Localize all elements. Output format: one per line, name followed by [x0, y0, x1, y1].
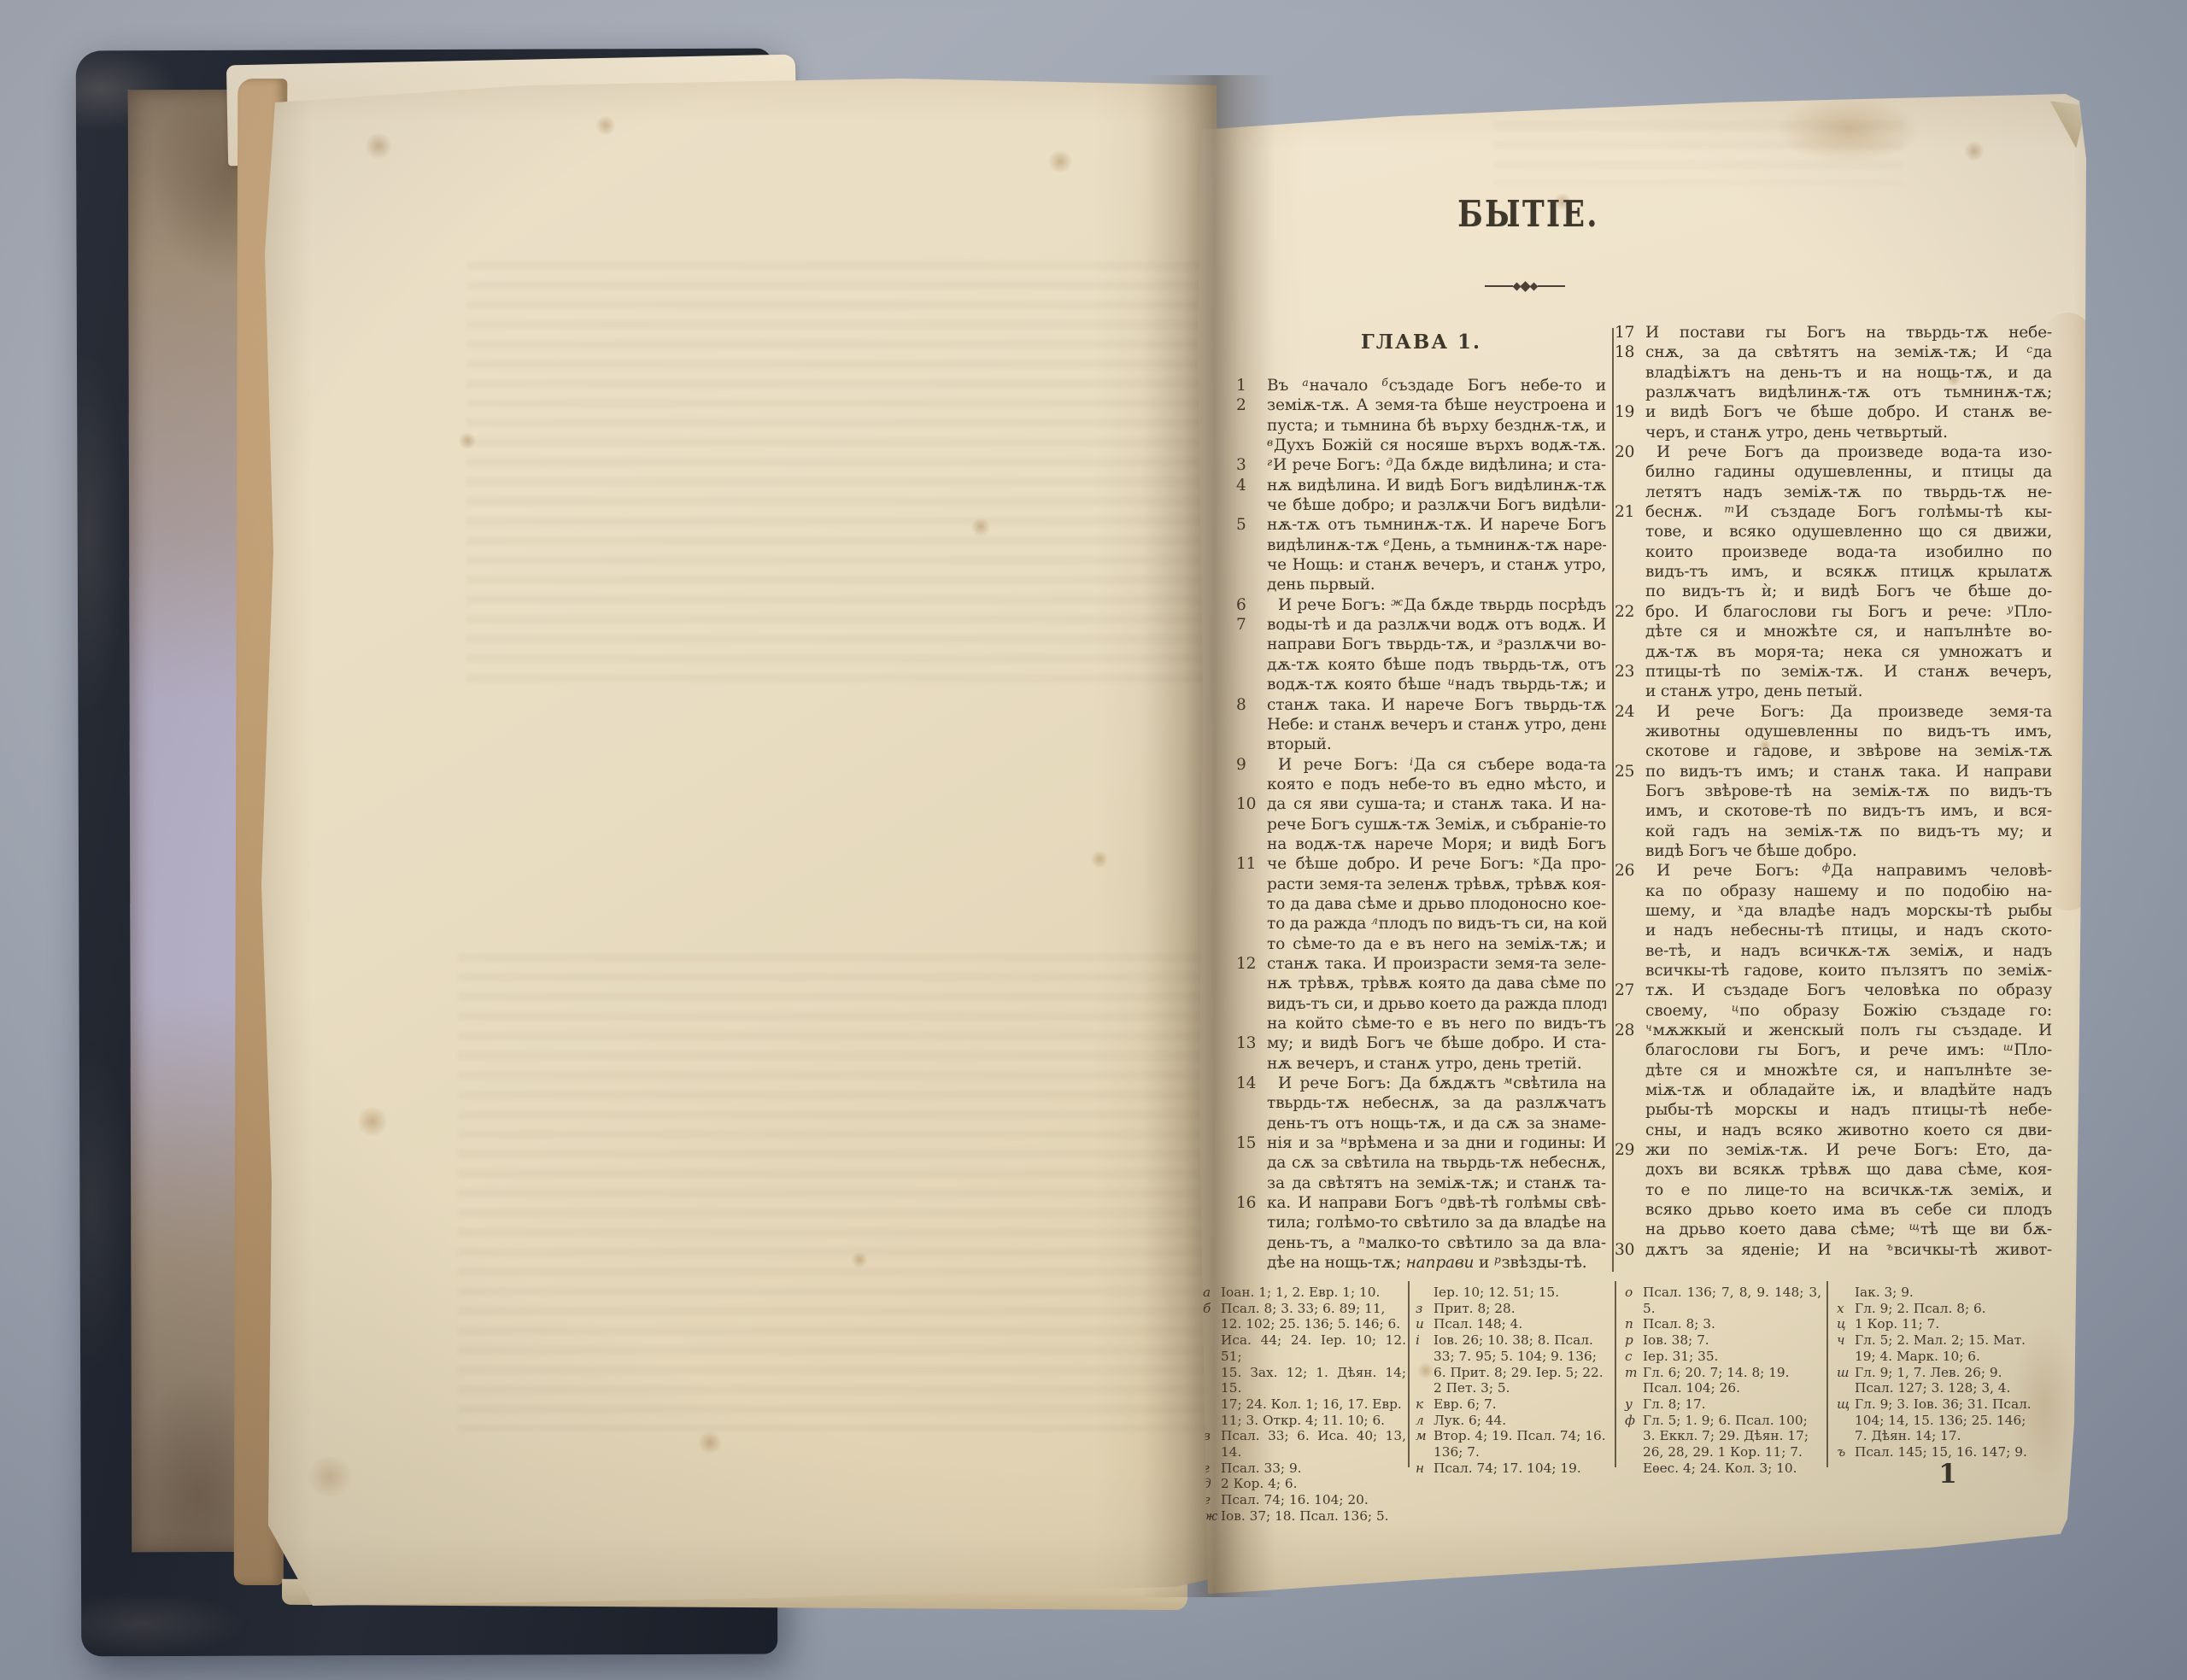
- verse-text: дѫтъ за яденіе; И на ъвсичкы-тѣ живот-: [1645, 1240, 2052, 1260]
- footnote-marker: л: [1416, 1413, 1434, 1429]
- footnote-text: Іов. 38; 7.: [1643, 1332, 1821, 1349]
- text-line: 16ка. И направи Богъ одвѣ-тѣ голѣмы свѣ-: [1236, 1193, 1606, 1213]
- text-line: 4нѫ видѣлина. И видѣ Богъ видѣлинѫ-тѫ: [1236, 476, 1606, 495]
- verse-text: които произведе вода-та изобилно по: [1645, 542, 2052, 562]
- footnote-text: Псал. 104; 26.: [1643, 1380, 1821, 1396]
- footnote-marker: ш: [1837, 1365, 1855, 1381]
- footnote-line: сІер. 31; 35.: [1625, 1349, 1821, 1365]
- verse-number: 29: [1615, 1140, 1645, 1160]
- verse-text: ве-тѣ, и надъ всичкѫ-тѫ земіѫ, и надъ: [1645, 941, 2052, 961]
- verse-text: станѫ така. И нарече Богъ твьрдь-тѫ: [1267, 695, 1606, 715]
- text-line: нѫ вечеръ, и станѫ утро, день третій.: [1236, 1054, 1606, 1074]
- text-line: 1Въ аначало бсъздаде Богъ небе-то и: [1236, 376, 1606, 395]
- footnote-text: Прит. 8; 28.: [1434, 1301, 1610, 1317]
- text-line: своему, цпо образу Божію създаде го:: [1615, 1001, 2052, 1021]
- footnote-line: 12. 102; 25. 136; 5. 146; 6.: [1203, 1316, 1406, 1332]
- verse-text: станѫ така. И произрасти земя-та зеле-: [1267, 954, 1606, 974]
- text-line: вДухъ Божій ся носяше върхъ водѫ-тѫ.: [1236, 436, 1606, 455]
- verse-number: 19: [1615, 402, 1645, 422]
- text-line: и станѫ утро, день петый.: [1615, 682, 2052, 701]
- verse-text: снѫ, за да свѣтятъ на земіѫ-тѫ; И сда: [1645, 342, 2052, 362]
- verse-text: нія и за нврѣмена и за дни и годины: И: [1267, 1133, 1606, 1153]
- text-line: всяко дрьво което има въ себе си плодъ: [1615, 1200, 2052, 1220]
- footnote-line: хГл. 9; 2. Псал. 8; 6.: [1837, 1301, 2061, 1317]
- text-line: рыбы-тѣ морскы и надъ птицы-тѣ небе-: [1615, 1100, 2052, 1120]
- verse-text: то да дава сѣме и дрьво плодоносно кое-: [1267, 894, 1606, 914]
- verse-text: то е по лице-то на всичкѫ-тѫ земіѫ, и: [1645, 1180, 2052, 1200]
- footnote-line: иПсал. 148; 4.: [1416, 1316, 1610, 1332]
- text-line: които произведе вода-та изобилно по: [1615, 542, 2052, 562]
- verse-text: дѫ-тѫ която бѣше подъ твьрдь-тѫ, отъ: [1267, 655, 1606, 675]
- footnote-line: Иса. 44; 24. Іер. 10; 12. 51;: [1203, 1332, 1406, 1364]
- text-line: 10да ся яви суша-та; и станѫ така. И на-: [1236, 794, 1606, 814]
- verse-text: му; и видѣ Богъ че бѣше добро. И ста-: [1267, 1033, 1606, 1053]
- text-line: да сѫ за свѣтила на твьрдь-тѫ небеснѫ,: [1236, 1153, 1606, 1173]
- footnote-text: Псал. 145; 15, 16. 147; 9.: [1855, 1444, 2061, 1460]
- verse-number: 3: [1236, 455, 1267, 475]
- footnote-text: Гл. 5; 1. 9; 6. Псал. 100;: [1643, 1413, 1821, 1429]
- footnote-text: Іер. 31; 35.: [1643, 1349, 1821, 1365]
- footnote-line: кЕвр. 6; 7.: [1416, 1396, 1610, 1413]
- footnote-marker: ч: [1837, 1332, 1855, 1349]
- book-title: БЫТІЕ.: [1430, 193, 1627, 235]
- verse-text: дѫ-тѫ въ моря-та; нека ся умножатъ и: [1645, 642, 2052, 662]
- text-line: рече Богъ сушѫ-тѫ Земіѫ, и събраніе-то: [1236, 815, 1606, 834]
- footnote-line: 19; 4. Марк. 10; 6.: [1837, 1349, 2061, 1365]
- footnote-marker: а: [1203, 1285, 1221, 1301]
- verse-text: гИ рече Богъ: дДа бѫде видѣлина; и ста-: [1267, 455, 1606, 475]
- text-line: нѫ трѣвѫ, трѣвѫ която да дава сѣме по: [1236, 974, 1606, 993]
- verse-text: по видъ-тъ имъ; и станѫ така. И направи: [1645, 762, 2052, 781]
- footnote-line: Псал. 127; 3. 128; 3, 4.: [1837, 1380, 2061, 1396]
- text-line: дохъ ви всякѫ трѣвѫ що дава сѣме, коя-: [1615, 1160, 2052, 1180]
- verse-text: рече Богъ сушѫ-тѫ Земіѫ, и събраніе-то: [1267, 815, 1606, 834]
- text-line: 11че бѣше добро. И рече Богъ: кДа про-: [1236, 854, 1606, 874]
- footnote-text: 2 Кор. 4; 6.: [1221, 1476, 1406, 1492]
- text-line: имъ, и скотове-тѣ по видъ-тъ имъ, и вся-: [1615, 801, 2052, 821]
- footnote-line: рІов. 38; 7.: [1625, 1332, 1821, 1349]
- text-line: 15нія и за нврѣмена и за дни и годины: И: [1236, 1133, 1606, 1153]
- verse-text: шему, и хда владѣе надъ морскы-тѣ рыбы: [1645, 901, 2052, 921]
- text-line: 14И рече Богъ: Да бѫдѫтъ мсвѣтила на: [1236, 1074, 1606, 1093]
- text-line: 13му; и видѣ Богъ че бѣше добро. И ста-: [1236, 1033, 1606, 1053]
- footnote-line: ц1 Кор. 11; 7.: [1837, 1316, 2061, 1332]
- footnote-line: 11; 3. Откр. 4; 11. 10; 6.: [1203, 1413, 1406, 1429]
- verse-number: 6: [1236, 595, 1267, 615]
- verse-text: разлѫчатъ видѣлинѫ-тѫ отъ тьмнинѫ-тѫ;: [1645, 383, 2052, 402]
- footnote-text: 2 Пет. 3; 5.: [1434, 1380, 1610, 1396]
- footnote-marker: н: [1416, 1460, 1434, 1477]
- text-line: тове, и всяко одушевленно що ся движи,: [1615, 522, 2052, 541]
- text-line: 6И рече Богъ: жДа бѫде твьрдь посрѣдъ: [1236, 595, 1606, 615]
- ornament-rule-right: [1538, 285, 1566, 287]
- footnote-text: Гл. 9; 2. Псал. 8; 6.: [1855, 1301, 2061, 1317]
- footnote-text: 17; 24. Кол. 1; 16, 17. Евр.: [1221, 1396, 1406, 1413]
- text-line: направи Богъ твьрдь-тѫ, и зразлѫчи во-: [1236, 635, 1606, 654]
- verse-text: и видѣ Богъ че бѣше добро. И станѫ ве-: [1645, 402, 2052, 422]
- verse-number: 25: [1615, 762, 1645, 781]
- footnote-marker: о: [1625, 1285, 1643, 1301]
- footnote-text: Иса. 44; 24. Іер. 10; 12. 51;: [1221, 1332, 1406, 1364]
- footnote-text: Псал. 33; 9.: [1221, 1460, 1406, 1477]
- verse-text: дохъ ви всякѫ трѣвѫ що дава сѣме, коя-: [1645, 1160, 2052, 1180]
- footnote-line: Іер. 10; 12. 51; 15.: [1416, 1285, 1610, 1301]
- text-line: всичкы-тѣ гадове, които пълзятъ по земіѫ…: [1615, 961, 2052, 980]
- footnote-text: 1 Кор. 11; 7.: [1855, 1316, 2061, 1332]
- verse-number: 11: [1236, 854, 1267, 874]
- footnote-line: лЛук. 6; 44.: [1416, 1413, 1610, 1429]
- footnote-line: чГл. 5; 2. Мал. 2; 15. Мат.: [1837, 1332, 2061, 1349]
- footnote-marker: з: [1416, 1301, 1434, 1317]
- book-photo-scene: БЫТІЕ. ГЛАВА 1. 1Въ аначало бсъздаде Бог…: [0, 0, 2187, 1680]
- footnote-marker: ъ: [1837, 1444, 1855, 1460]
- verse-text: то сѣме-то да е въ него на земіѫ-тѫ; и: [1267, 934, 1606, 954]
- verse-text: нѫ вечеръ, и станѫ утро, день третій.: [1267, 1054, 1606, 1074]
- verse-text: твьрдь-тѫ небеснѫ, за да разлѫчатъ: [1267, 1093, 1606, 1113]
- text-column-left: 1Въ аначало бсъздаде Богъ небе-то и2земі…: [1236, 376, 1606, 1273]
- footnote-line: 6. Прит. 8; 29. Іер. 5; 22.: [1416, 1365, 1610, 1381]
- verse-text: И рече Богъ да произведе вода-та изо-: [1645, 442, 2052, 462]
- verse-text: дѣте ся и множѣте ся, и напълнѣте во-: [1645, 622, 2052, 641]
- footnote-marker: п: [1625, 1316, 1643, 1332]
- verse-number: 17: [1615, 323, 1645, 342]
- verse-text: да ся яви суша-та; и станѫ така. И на-: [1267, 794, 1606, 814]
- verse-text: Въ аначало бсъздаде Богъ небе-то и: [1267, 376, 1606, 395]
- footnote-divider-rule: [1408, 1281, 1410, 1467]
- text-line: шему, и хда владѣе надъ морскы-тѣ рыбы: [1615, 901, 2052, 921]
- footnote-line: гПсал. 33; 9.: [1203, 1460, 1406, 1477]
- text-line: летятъ надъ земіѫ-тѫ по твьрдь-тѫ не-: [1615, 483, 2052, 502]
- verse-number: 21: [1615, 502, 1645, 522]
- text-line: 20И рече Богъ да произведе вода-та изо-: [1615, 442, 2052, 462]
- verse-text: вторый.: [1267, 735, 1606, 754]
- footnote-divider-rule: [1826, 1281, 1828, 1467]
- text-line: на дрьво което дава сѣме; щтѣ ще ви бѫ-: [1615, 1220, 2052, 1239]
- verse-number: 9: [1236, 755, 1267, 775]
- footnote-text: 15. Зах. 12; 1. Дѣян. 14; 15.: [1221, 1365, 1406, 1396]
- footnote-line: щГл. 9; 3. Іов. 36; 31. Псал.: [1837, 1396, 2061, 1413]
- verse-text: летятъ надъ земіѫ-тѫ по твьрдь-тѫ не-: [1645, 483, 2052, 502]
- footnote-text: Евр. 6; 7.: [1434, 1396, 1610, 1413]
- text-line: кой гадъ на земіѫ-тѫ по видъ-тъ му; и: [1615, 822, 2052, 841]
- ornament-diamond-icon: [1529, 282, 1538, 290]
- text-line: владѣіѫтъ на день-тъ и на нощь-тѫ, и да: [1615, 363, 2052, 383]
- verse-number: 26: [1615, 861, 1645, 881]
- text-line: 26И рече Богъ: фДа направимъ человѣ-: [1615, 861, 2052, 881]
- footnote-marker: б: [1203, 1301, 1221, 1317]
- footnote-marker: у: [1625, 1396, 1643, 1413]
- left-page-shading: [253, 73, 1222, 1611]
- verse-text: тове, и всяко одушевленно що ся движи,: [1645, 522, 2052, 541]
- verse-text: птицы-тѣ по земіѫ-тѫ. И станѫ вечеръ,: [1645, 662, 2052, 682]
- text-line: ве-тѣ, и надъ всичкѫ-тѫ земіѫ, и надъ: [1615, 941, 2052, 961]
- verse-number: 14: [1236, 1074, 1267, 1093]
- text-line: 22бро. И благослови гы Богъ и рече: уПло…: [1615, 602, 2052, 622]
- footnote-line: Псал. 104; 26.: [1625, 1380, 1821, 1396]
- footnote-marker: щ: [1837, 1396, 1855, 1413]
- verse-text: че Нощь: и станѫ вечеръ, и станѫ утро,: [1267, 555, 1606, 575]
- footnote-line: 26, 28, 29. 1 Кор. 11; 7.: [1625, 1444, 1821, 1460]
- text-line: пуста; и тьмнина бѣ върху безднѫ-тѫ, и: [1236, 416, 1606, 436]
- right-text-page: БЫТІЕ. ГЛАВА 1. 1Въ аначало бсъздаде Бог…: [1194, 91, 2113, 1595]
- verse-text: видѣлинѫ-тѫ еДень, а тьмнинѫ-тѫ наре-: [1267, 536, 1606, 555]
- verse-number: 13: [1236, 1033, 1267, 1053]
- text-line: 9И рече Богъ: іДа ся събере вода-та: [1236, 755, 1606, 775]
- verse-text: ка. И направи Богъ одвѣ-тѣ голѣмы свѣ-: [1267, 1193, 1606, 1213]
- verse-text: дѣе на нощь-тѫ; направи и рзвѣзды-тѣ.: [1267, 1253, 1606, 1273]
- verse-text: земіѫ-тѫ. А земя-та бѣше неустроена и: [1267, 395, 1606, 415]
- footnote-text: 7. Дѣян. 14; 17.: [1855, 1428, 2061, 1444]
- footnote-text: 33; 7. 95; 5. 104; 9. 136;: [1434, 1349, 1610, 1365]
- text-line: тила; голѣмо-то свѣтило за да владѣе на: [1236, 1213, 1606, 1232]
- verse-text: тѫ. И създаде Богъ человѣка по образу: [1645, 980, 2052, 1000]
- verse-text: и станѫ утро, день петый.: [1645, 682, 2052, 701]
- footnote-line: шГл. 9; 1, 7. Лев. 26; 9.: [1837, 1365, 2061, 1381]
- text-line: день-тъ, а пмалко-то свѣтило за да вла-: [1236, 1233, 1606, 1253]
- text-line: 19и видѣ Богъ че бѣше добро. И станѫ ве-: [1615, 402, 2052, 422]
- text-line: разлѫчатъ видѣлинѫ-тѫ отъ тьмнинѫ-тѫ;: [1615, 383, 2052, 402]
- verse-text: бро. И благослови гы Богъ и рече: уПло-: [1645, 602, 2052, 622]
- verse-text: на дрьво което дава сѣме; щтѣ ще ви бѫ-: [1645, 1220, 2052, 1239]
- verse-text: чмѫжкый и женскый полъ гы създаде. И: [1645, 1021, 2052, 1040]
- footnote-marker: и: [1416, 1316, 1434, 1332]
- verse-text: вДухъ Божій ся носяше върхъ водѫ-тѫ.: [1267, 436, 1606, 455]
- verse-text: видѣ Богъ че бѣше добро.: [1645, 841, 2052, 861]
- footnote-line: уГл. 8; 17.: [1625, 1396, 1821, 1413]
- verse-text: день-тъ отъ нощь-тѫ, и да сѫ за знаме-: [1267, 1114, 1606, 1133]
- verse-number: 5: [1236, 515, 1267, 535]
- footnote-line: жІов. 37; 18. Псал. 136; 5.: [1203, 1508, 1406, 1525]
- footnote-line: оПсал. 136; 7, 8, 9. 148; 3, 5.: [1625, 1285, 1821, 1316]
- text-line: благослови гы Богъ, и рече имъ: шПло-: [1615, 1040, 2052, 1060]
- verse-text: нѫ трѣвѫ, трѣвѫ която да дава сѣме по: [1267, 974, 1606, 993]
- footnote-column-4: Іак. 3; 9.хГл. 9; 2. Псал. 8; 6.ц1 Кор. …: [1837, 1285, 2061, 1460]
- ornament-rule-left: [1485, 285, 1513, 287]
- text-line: дѣе на нощь-тѫ; направи и рзвѣзды-тѣ.: [1236, 1253, 1606, 1273]
- verse-text: пуста; и тьмнина бѣ върху безднѫ-тѫ, и: [1267, 416, 1606, 436]
- verse-number: 7: [1236, 615, 1267, 635]
- footnote-line: 7. Дѣян. 14; 17.: [1837, 1428, 2061, 1444]
- text-line: 12станѫ така. И произрасти земя-та зеле-: [1236, 954, 1606, 974]
- footnote-text: Іак. 3; 9.: [1855, 1285, 2061, 1301]
- footnote-text: Псал. 8; 3. 33; 6. 89; 11,: [1221, 1301, 1406, 1317]
- verse-text: день-тъ, а пмалко-то свѣтило за да вла-: [1267, 1233, 1606, 1253]
- verse-number: 23: [1615, 662, 1645, 682]
- text-line: 3гИ рече Богъ: дДа бѫде видѣлина; и ста-: [1236, 455, 1606, 475]
- verse-text: животны одушевленны по видъ-тъ имъ,: [1645, 722, 2052, 741]
- text-line: день-тъ отъ нощь-тѫ, и да сѫ за знаме-: [1236, 1114, 1606, 1133]
- verse-text: всичкы-тѣ гадове, които пълзятъ по земіѫ…: [1645, 961, 2052, 980]
- verse-text: на който сѣме-то е въ него по видъ-тъ: [1267, 1014, 1606, 1033]
- footnote-line: 17; 24. Кол. 1; 16, 17. Евр.: [1203, 1396, 1406, 1413]
- verse-text: владѣіѫтъ на день-тъ и на нощь-тѫ, и да: [1645, 363, 2052, 383]
- text-line: то да дава сѣме и дрьво плодоносно кое-: [1236, 894, 1606, 914]
- text-line: дѫ-тѫ която бѣше подъ твьрдь-тѫ, отъ: [1236, 655, 1606, 675]
- footnote-line: Іак. 3; 9.: [1837, 1285, 2061, 1301]
- verse-text: водѫ-тѫ която бѣше инадъ твьрдь-тѫ; и: [1267, 675, 1606, 694]
- verse-text: Небе: и станѫ вечеръ и станѫ утро, день: [1267, 715, 1606, 735]
- footnote-line: пПсал. 8; 3.: [1625, 1316, 1821, 1332]
- text-line: 30дѫтъ за яденіе; И на ъвсичкы-тѣ живот-: [1615, 1240, 2052, 1260]
- footnote-marker: х: [1837, 1301, 1855, 1317]
- footnote-line: іІов. 26; 10. 38; 8. Псал.: [1416, 1332, 1610, 1349]
- footnote-text: Еѳес. 4; 24. Кол. 3; 10.: [1643, 1460, 1821, 1477]
- footnote-text: Псал. 148; 4.: [1434, 1316, 1610, 1332]
- text-line: ка по образу нашему и по подобію на-: [1615, 881, 2052, 901]
- footnote-text: 11; 3. Откр. 4; 11. 10; 6.: [1221, 1413, 1406, 1429]
- footnote-text: 26, 28, 29. 1 Кор. 11; 7.: [1643, 1444, 1821, 1460]
- verse-number: 2: [1236, 395, 1267, 415]
- verse-text: беснѫ. тИ създаде Богъ голѣмы-тѣ кы-: [1645, 502, 2052, 522]
- text-line: че бѣше добро; и разлѫчи Богъ видѣли-: [1236, 495, 1606, 515]
- footnote-text: Псал. 8; 3.: [1643, 1316, 1821, 1332]
- verse-number: 12: [1236, 954, 1267, 974]
- verse-text: воды-тѣ и да разлѫчи водѫ отъ водѫ. И: [1267, 615, 1606, 635]
- text-line: за да свѣтятъ на земіѫ-тѫ; и станѫ та-: [1236, 1174, 1606, 1193]
- footnote-line: вПсал. 33; 6. Иса. 40; 13, 14.: [1203, 1428, 1406, 1460]
- footnote-text: Псал. 33; 6. Иса. 40; 13, 14.: [1221, 1428, 1406, 1460]
- footnote-text: 19; 4. Марк. 10; 6.: [1855, 1349, 2061, 1365]
- verse-text: міѫ-тѫ и обладайте іѫ, и владѣйте надъ: [1645, 1080, 2052, 1100]
- footnote-text: 6. Прит. 8; 29. Іер. 5; 22.: [1434, 1365, 1610, 1381]
- footnote-marker: р: [1625, 1332, 1643, 1349]
- verse-text: дѣте ся и множѣте ся, и напълнѣте зе-: [1645, 1061, 2052, 1080]
- footnote-marker: і: [1416, 1332, 1434, 1349]
- verse-number: 4: [1236, 476, 1267, 495]
- text-line: 25по видъ-тъ имъ; и станѫ така. И направ…: [1615, 762, 2052, 781]
- text-line: 18снѫ, за да свѣтятъ на земіѫ-тѫ; И сда: [1615, 342, 2052, 362]
- footnote-line: д2 Кор. 4; 6.: [1203, 1476, 1406, 1492]
- footnote-divider-rule: [1615, 1281, 1616, 1467]
- text-line: 2земіѫ-тѫ. А земя-та бѣше неустроена и: [1236, 395, 1606, 415]
- verse-text: да сѫ за свѣтила на твьрдь-тѫ небеснѫ,: [1267, 1153, 1606, 1173]
- verse-text: сны, и надъ всяко животно което ся дви-: [1645, 1121, 2052, 1140]
- footnote-text: Гл. 6; 20. 7; 14. 8; 19.: [1643, 1365, 1821, 1381]
- verse-text: И рече Богъ: Да бѫдѫтъ мсвѣтила на: [1267, 1074, 1606, 1093]
- footnote-line: аІоан. 1; 1, 2. Евр. 1; 10.: [1203, 1285, 1406, 1301]
- footnote-marker: к: [1416, 1396, 1434, 1413]
- verse-number: 30: [1615, 1240, 1645, 1260]
- footnote-line: зПрит. 8; 28.: [1416, 1301, 1610, 1317]
- verse-text: нѫ-тѫ отъ тьмнинѫ-тѫ. И нарече Богъ: [1267, 515, 1606, 535]
- text-line: водѫ-тѫ която бѣше инадъ твьрдь-тѫ; и: [1236, 675, 1606, 694]
- text-line: и надъ небесны-тѣ птицы, и надъ ското-: [1615, 921, 2052, 940]
- verse-text: то да ражда лплодъ по видъ-тъ си, на кой…: [1267, 914, 1606, 934]
- verse-number: 16: [1236, 1193, 1267, 1213]
- text-line: міѫ-тѫ и обладайте іѫ, и владѣйте надъ: [1615, 1080, 2052, 1100]
- footnote-line: еПсал. 74; 16. 104; 20.: [1203, 1492, 1406, 1508]
- verse-text: че бѣше добро. И рече Богъ: кДа про-: [1267, 854, 1606, 874]
- footnote-text: Гл. 9; 1, 7. Лев. 26; 9.: [1855, 1365, 2061, 1381]
- text-line: видѣ Богъ че бѣше добро.: [1615, 841, 2052, 861]
- text-line: то да ражда лплодъ по видъ-тъ си, на кой…: [1236, 914, 1606, 934]
- title-ornament-icon: [1485, 280, 1565, 292]
- footnote-text: Гл. 8; 17.: [1643, 1396, 1821, 1413]
- footnote-line: фГл. 5; 1. 9; 6. Псал. 100;: [1625, 1413, 1821, 1429]
- footnote-text: Псал. 127; 3. 128; 3, 4.: [1855, 1380, 2061, 1396]
- verse-text: направи Богъ твьрдь-тѫ, и зразлѫчи во-: [1267, 635, 1606, 654]
- footnote-text: Лук. 6; 44.: [1434, 1413, 1610, 1429]
- verse-text: И рече Богъ: Да произведе земя-та: [1645, 702, 2052, 722]
- footnote-marker: м: [1416, 1428, 1434, 1444]
- verse-number: 8: [1236, 695, 1267, 715]
- text-line: 27тѫ. И създаде Богъ человѣка по образу: [1615, 980, 2052, 1000]
- verse-number: 15: [1236, 1133, 1267, 1153]
- verse-text: И рече Богъ: іДа ся събере вода-та: [1267, 755, 1606, 775]
- footnote-text: Іоан. 1; 1, 2. Евр. 1; 10.: [1221, 1285, 1406, 1301]
- footnote-text: Іов. 37; 18. Псал. 136; 5.: [1221, 1508, 1406, 1525]
- footnote-line: 33; 7. 95; 5. 104; 9. 136;: [1416, 1349, 1610, 1365]
- text-line: то е по лице-то на всичкѫ-тѫ земіѫ, и: [1615, 1180, 2052, 1200]
- column-divider-rule: [1612, 328, 1614, 1272]
- text-line: 24И рече Богъ: Да произведе земя-та: [1615, 702, 2052, 722]
- verse-text: видъ-тъ имъ, и всякѫ птицѫ крылатѫ: [1645, 562, 2052, 582]
- text-line: Богъ звѣрове-тѣ на земіѫ-тѫ по видъ-тъ: [1615, 781, 2052, 801]
- verse-text: жи по земіѫ-тѫ. И рече Богъ: Ето, да-: [1645, 1140, 2052, 1160]
- text-line: видъ-тъ си, и дрьво което да ражда плодъ: [1236, 994, 1606, 1014]
- verse-text: И постави гы Богъ на твьрдь-тѫ небе-: [1645, 323, 2052, 342]
- verse-number: 18: [1615, 342, 1645, 362]
- text-line: сны, и надъ всяко животно което ся дви-: [1615, 1121, 2052, 1140]
- verse-text: Богъ звѣрове-тѣ на земіѫ-тѫ по видъ-тъ: [1645, 781, 2052, 801]
- footnote-text: 3. Еккл. 7; 29. Дѣян. 17;: [1643, 1428, 1821, 1444]
- verse-text: видъ-тъ си, и дрьво което да ражда плодъ: [1267, 994, 1606, 1014]
- verse-text: рыбы-тѣ морскы и надъ птицы-тѣ небе-: [1645, 1100, 2052, 1120]
- text-line: която е подъ небе-то въ едно мѣсто, и: [1236, 775, 1606, 794]
- footnote-line: 3. Еккл. 7; 29. Дѣян. 17;: [1625, 1428, 1821, 1444]
- text-line: твьрдь-тѫ небеснѫ, за да разлѫчатъ: [1236, 1093, 1606, 1113]
- footnote-line: бПсал. 8; 3. 33; 6. 89; 11,: [1203, 1301, 1406, 1317]
- verse-number: 24: [1615, 702, 1645, 722]
- footnote-column-3: оПсал. 136; 7, 8, 9. 148; 3, 5.пПсал. 8;…: [1625, 1285, 1821, 1476]
- text-line: 5нѫ-тѫ отъ тьмнинѫ-тѫ. И нарече Богъ: [1236, 515, 1606, 535]
- verse-text: благослови гы Богъ, и рече имъ: шПло-: [1645, 1040, 2052, 1060]
- verse-text: кой гадъ на земіѫ-тѫ по видъ-тъ му; и: [1645, 822, 2052, 841]
- verse-text: че бѣше добро; и разлѫчи Богъ видѣли-: [1267, 495, 1606, 515]
- verse-text: и надъ небесны-тѣ птицы, и надъ ското-: [1645, 921, 2052, 940]
- text-line: билно гадины одушевленны, и птицы да: [1615, 462, 2052, 482]
- text-line: животны одушевленны по видъ-тъ имъ,: [1615, 722, 2052, 741]
- chapter-heading: ГЛАВА 1.: [1236, 331, 1606, 354]
- verse-number: 10: [1236, 794, 1267, 814]
- text-line: 23птицы-тѣ по земіѫ-тѫ. И станѫ вечеръ,: [1615, 662, 2052, 682]
- top-edge-stain: [1775, 96, 1920, 164]
- text-line: Небе: и станѫ вечеръ и станѫ утро, день: [1236, 715, 1606, 735]
- verse-number: 1: [1236, 376, 1267, 395]
- footnote-text: Іер. 10; 12. 51; 15.: [1434, 1285, 1610, 1301]
- text-line: 29жи по земіѫ-тѫ. И рече Богъ: Ето, да-: [1615, 1140, 2052, 1160]
- text-line: 28чмѫжкый и женскый полъ гы създаде. И: [1615, 1021, 2052, 1040]
- footnote-text: 104; 14, 15. 136; 25. 146;: [1855, 1413, 2061, 1429]
- verse-text: всяко дрьво което има въ себе си плодъ: [1645, 1200, 2052, 1220]
- verse-number: 28: [1615, 1021, 1645, 1040]
- text-line: то сѣме-то да е въ него на земіѫ-тѫ; и: [1236, 934, 1606, 954]
- footnote-marker: с: [1625, 1349, 1643, 1365]
- footnote-marker: ф: [1625, 1413, 1643, 1429]
- text-line: черъ, и станѫ утро, день четвьртый.: [1615, 423, 2052, 442]
- text-line: дѫ-тѫ въ моря-та; нека ся умножатъ и: [1615, 642, 2052, 662]
- verse-text: черъ, и станѫ утро, день четвьртый.: [1645, 423, 2052, 442]
- text-line: че Нощь: и станѫ вечеръ, и станѫ утро,: [1236, 555, 1606, 575]
- footnote-text: Гл. 9; 3. Іов. 36; 31. Псал.: [1855, 1396, 2061, 1413]
- verse-number: 22: [1615, 602, 1645, 622]
- verse-text: билно гадины одушевленны, и птицы да: [1645, 462, 2052, 482]
- text-column-right: 17И постави гы Богъ на твьрдь-тѫ небе-18…: [1615, 323, 2052, 1260]
- footnote-line: тГл. 6; 20. 7; 14. 8; 19.: [1625, 1365, 1821, 1381]
- footnote-marker: ц: [1837, 1316, 1855, 1332]
- text-line: скотове и гадове, и звѣрове на земіѫ-тѫ: [1615, 741, 2052, 761]
- text-line: 7воды-тѣ и да разлѫчи водѫ отъ водѫ. И: [1236, 615, 1606, 635]
